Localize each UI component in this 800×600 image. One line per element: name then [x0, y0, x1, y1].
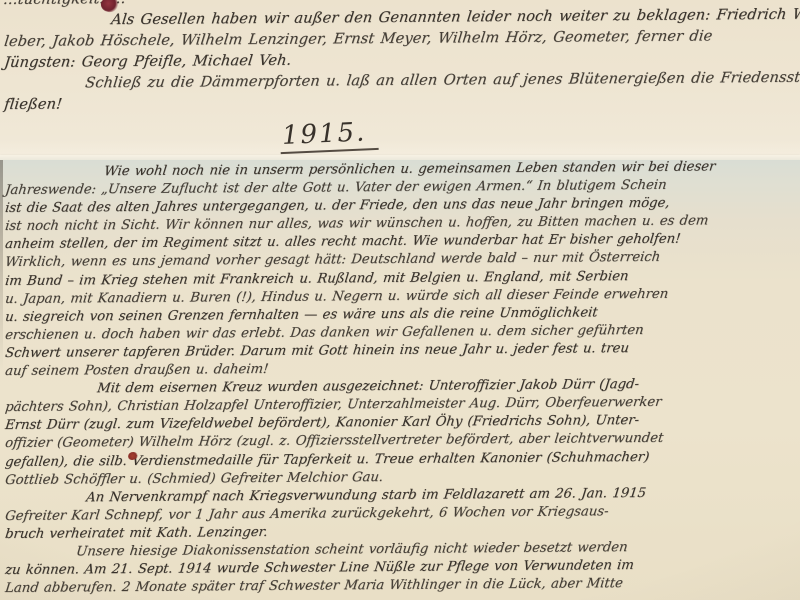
upper-page-fragment: …tüchtigkeit: … Als Gesellen haben wir a…	[0, 0, 800, 155]
manuscript-page: …tüchtigkeit: … Als Gesellen haben wir a…	[0, 0, 800, 600]
lower-page-fragment: Wie wohl noch nie in unserm persönlichen…	[0, 160, 800, 600]
year-heading: 1915.	[279, 117, 379, 154]
